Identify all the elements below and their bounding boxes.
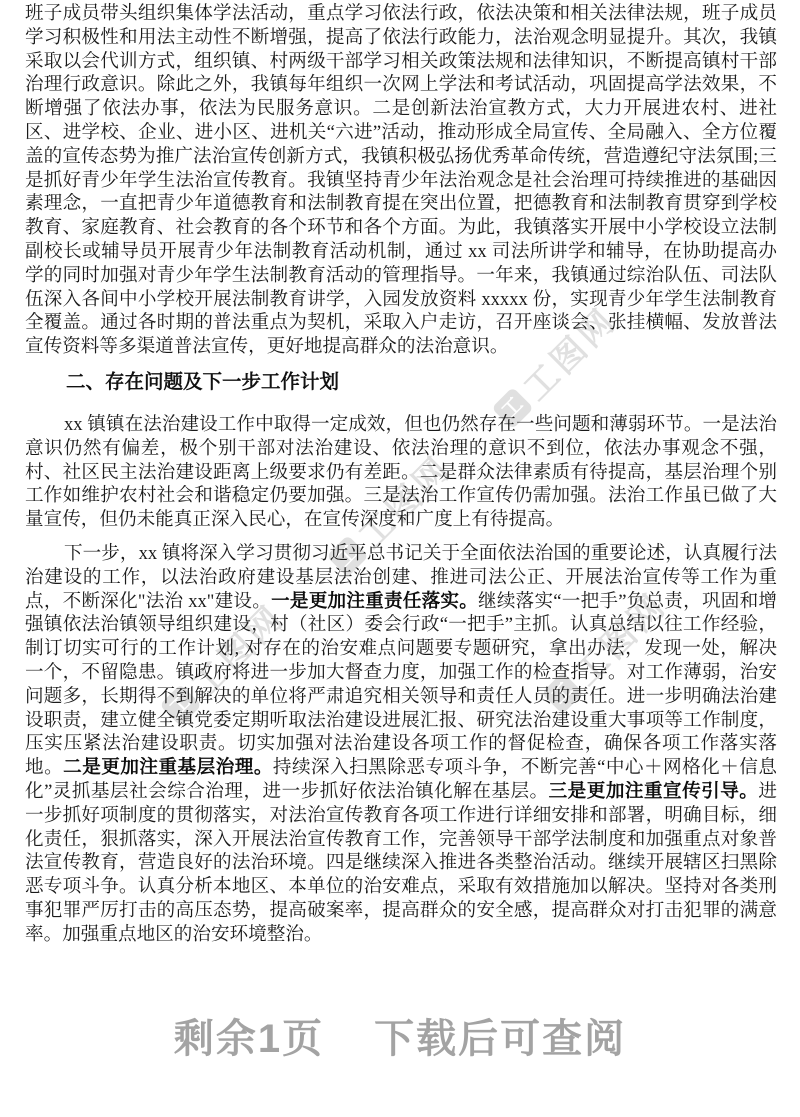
preview-footer-notice: 剩余1页下载后可查阅: [0, 1014, 800, 1064]
point-three-detail-text: 进一步抓好项制度的贯彻落实，对法治宣传教育各项工作进行详细安排和部署，明确目标，…: [25, 781, 777, 945]
point-one-responsibility-label: 一是更加注重责任落实。: [271, 591, 478, 612]
point-two-grassroots-label: 二是更加注重基层治理。: [63, 757, 273, 778]
document-page: 工 工图网 工 工图网 工 工图网 工 工图网 班子成员带头组织集体学法活动，重…: [0, 0, 800, 1117]
pages-remaining-label: 剩余1页: [174, 1017, 324, 1061]
paragraph-existing-problems: xx 镇镇在法治建设工作中取得一定成效，但也仍然存在一些问题和薄弱环节。一是法治…: [25, 413, 777, 532]
point-three-publicity-label: 三是更加注重宣传引导。: [549, 781, 759, 802]
paragraph-next-steps: 下一步，xx 镇将深入学习贯彻习近平总书记关于全面依法治国的重要论述，认真履行法…: [25, 542, 777, 947]
point-one-detail-text: 继续落实“一把手”负总责，巩固和增强镇依法治镇领导组织建设，村（社区）委会行政“…: [25, 591, 777, 779]
document-body: 班子成员带头组织集体学法活动，重点学习依法行政，依法决策和相关法律法规，班子成员…: [25, 2, 777, 946]
paragraph-study-activities: 班子成员带头组织集体学法活动，重点学习依法行政，依法决策和相关法律法规，班子成员…: [25, 2, 777, 359]
download-hint-label: 下载后可查阅: [374, 1017, 626, 1061]
section-heading-problems-plan: 二、存在问题及下一步工作计划: [25, 371, 777, 395]
